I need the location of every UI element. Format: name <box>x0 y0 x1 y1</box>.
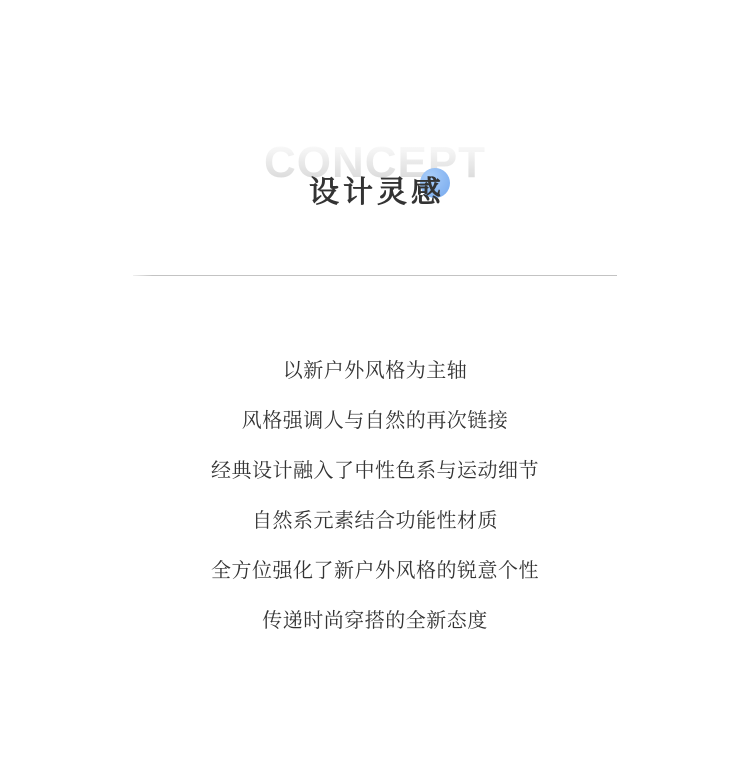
section-header: CONCEPT 设计灵感 <box>0 0 750 240</box>
description-line: 以新户外风格为主轴 <box>0 346 750 396</box>
description-line: 经典设计融入了中性色系与运动细节 <box>0 446 750 496</box>
page-title: 设计灵感 <box>0 178 750 208</box>
description-block: 以新户外风格为主轴 风格强调人与自然的再次链接 经典设计融入了中性色系与运动细节… <box>0 346 750 646</box>
description-line: 传递时尚穿搭的全新态度 <box>0 596 750 646</box>
description-line: 风格强调人与自然的再次链接 <box>0 396 750 446</box>
description-line: 自然系元素结合功能性材质 <box>0 496 750 546</box>
description-line: 全方位强化了新户外风格的锐意个性 <box>0 546 750 596</box>
concept-section: CONCEPT 设计灵感 以新户外风格为主轴 风格强调人与自然的再次链接 经典设… <box>0 0 750 784</box>
divider-line <box>133 275 617 276</box>
